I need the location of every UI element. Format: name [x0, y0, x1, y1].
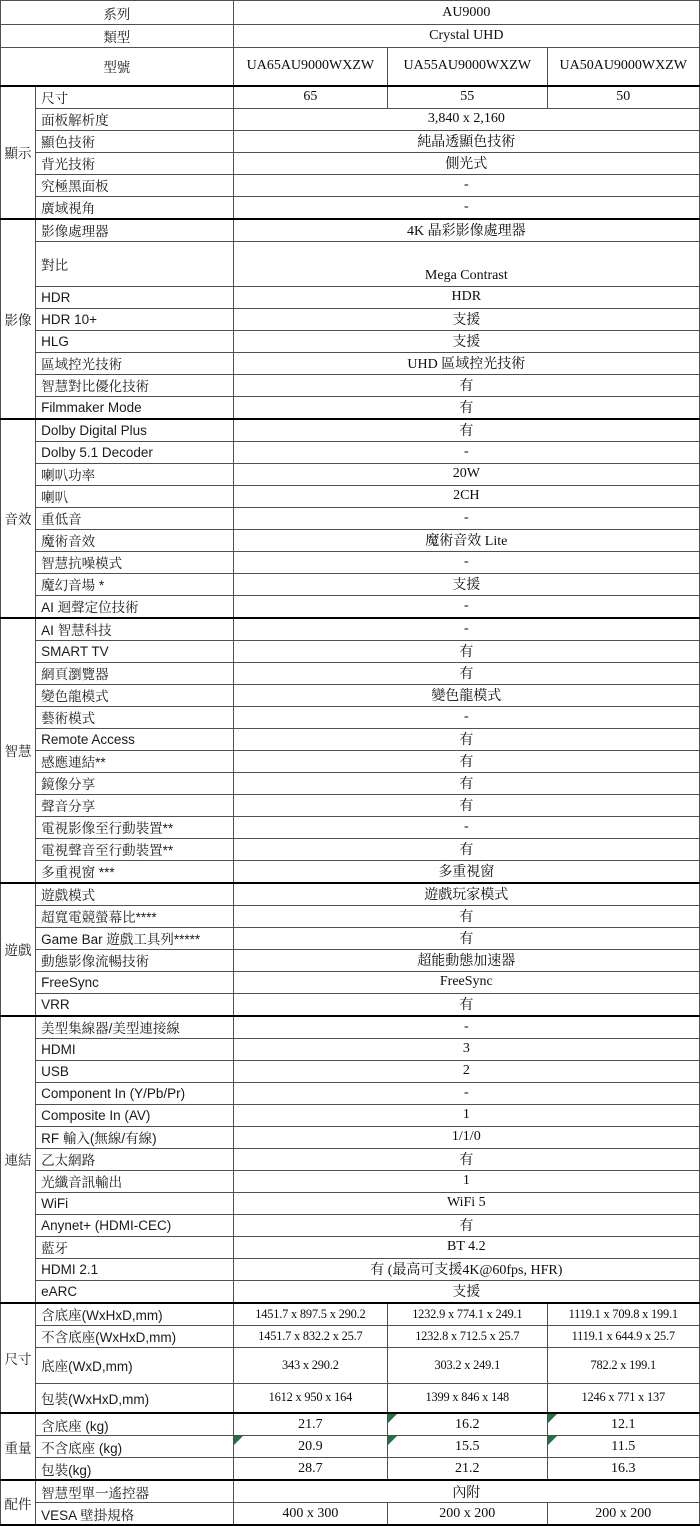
spec-value-text: 有 [459, 799, 473, 814]
spec-value: 有 [233, 794, 699, 816]
row-label: 含底座(WxHxD,mm) [36, 1303, 234, 1326]
spec-value-text: 1246 x 771 x 137 [581, 1390, 665, 1404]
spec-value: 有 [233, 993, 699, 1016]
spec-row: 型號UA65AU9000WXZWUA55AU9000WXZWUA50AU9000… [1, 48, 700, 86]
row-label: 顯色技術 [36, 130, 234, 152]
spec-value: 2 [233, 1060, 699, 1082]
comment-flag-icon [548, 1436, 557, 1445]
spec-value: 3 [233, 1038, 699, 1060]
spec-value: - [233, 551, 699, 573]
spec-row: 智慧抗噪模式- [1, 551, 700, 573]
spec-value-text: 20.9 [298, 1439, 323, 1454]
row-label: 多重視窗 *** [36, 860, 234, 883]
spec-value-text: 1399 x 846 x 148 [426, 1390, 510, 1404]
section-label: 音效 [1, 419, 36, 618]
row-label: 超寬電競螢幕比**** [36, 905, 234, 927]
spec-row: 面板解析度3,840 x 2,160 [1, 108, 700, 130]
spec-row: 喇叭功率20W [1, 463, 700, 485]
spec-value-text: 支援 [452, 335, 480, 350]
section-label: 遊戲 [1, 883, 36, 1016]
spec-row: HDMI 2.1有 (最高可支援4K@60fps, HFR) [1, 1258, 700, 1280]
spec-value-text: 有 [459, 733, 473, 748]
spec-value-text: 3,840 x 2,160 [428, 111, 505, 126]
spec-value-text: 28.7 [298, 1461, 323, 1476]
spec-value: UA50AU9000WXZW [547, 48, 699, 86]
row-label: Filmmaker Mode [36, 396, 234, 419]
spec-value: 303.2 x 249.1 [388, 1347, 547, 1383]
row-label: 美型集線器/美型連接線 [36, 1016, 234, 1039]
section-label: 重量 [1, 1413, 36, 1480]
spec-value-text: 超能動態加速器 [417, 954, 515, 969]
spec-value-text: 15.5 [455, 1439, 480, 1454]
comment-flag-icon [548, 1414, 557, 1423]
spec-value: 有 [233, 419, 699, 442]
spec-sheet: 系列AU9000類型Crystal UHD型號UA65AU9000WXZWUA5… [0, 0, 700, 1526]
row-label: 究極黑面板 [36, 174, 234, 196]
spec-value-text: 有 [459, 998, 473, 1013]
spec-value: 有 [233, 905, 699, 927]
spec-row: Remote Access有 [1, 728, 700, 750]
section-label: 連結 [1, 1016, 36, 1303]
spec-row: 不含底座(WxHxD,mm)1451.7 x 832.2 x 25.71232.… [1, 1325, 700, 1347]
spec-row: eARC支援 [1, 1280, 700, 1303]
spec-value-text: 有 [459, 755, 473, 770]
spec-value: WiFi 5 [233, 1192, 699, 1214]
row-label: RF 輸入(無線/有線) [36, 1126, 234, 1148]
spec-row: 多重視窗 ***多重視窗 [1, 860, 700, 883]
spec-value-text: UA50AU9000WXZW [559, 58, 687, 73]
spec-value-text: 50 [616, 89, 630, 104]
spec-row: 鏡像分享有 [1, 772, 700, 794]
spec-row: 感應連結**有 [1, 750, 700, 772]
row-label: HDR 10+ [36, 308, 234, 330]
spec-value-text: - [464, 1085, 469, 1100]
row-label: 遊戲模式 [36, 883, 234, 906]
spec-row: WiFiWiFi 5 [1, 1192, 700, 1214]
spec-value-text: 有 [459, 424, 473, 439]
spec-value: 21.7 [233, 1413, 387, 1436]
spec-row: 電視影像至行動裝置**- [1, 816, 700, 838]
row-label: 包裝(WxHxD,mm) [36, 1383, 234, 1413]
row-label: 魔術音效 [36, 529, 234, 551]
spec-value-text: UA55AU9000WXZW [404, 58, 532, 73]
spec-value: 1 [233, 1170, 699, 1192]
spec-value-text: 11.5 [611, 1439, 635, 1454]
spec-row: 魔術音效魔術音效 Lite [1, 529, 700, 551]
spec-value: 343 x 290.2 [233, 1347, 387, 1383]
spec-row: HLG支援 [1, 330, 700, 352]
spec-value: - [233, 1016, 699, 1039]
spec-value: - [233, 595, 699, 618]
row-label: 重低音 [36, 507, 234, 529]
spec-value: AU9000 [233, 1, 699, 25]
spec-value-text: Mega Contrast [425, 268, 508, 283]
spec-value-text: - [464, 819, 469, 834]
spec-row: 區域控光技術UHD 區域控光技術 [1, 352, 700, 374]
row-label: 喇叭功率 [36, 463, 234, 485]
spec-row: Composite In (AV)1 [1, 1104, 700, 1126]
spec-value: 多重視窗 [233, 860, 699, 883]
spec-value: 782.2 x 199.1 [547, 1347, 699, 1383]
spec-value: - [233, 196, 699, 219]
spec-row: Anynet+ (HDMI-CEC)有 [1, 1214, 700, 1236]
spec-row: 連結美型集線器/美型連接線- [1, 1016, 700, 1039]
spec-row: VESA 壁掛規格400 x 300200 x 200200 x 200 [1, 1503, 700, 1526]
row-label: 網頁瀏覽器 [36, 662, 234, 684]
spec-value: 超能動態加速器 [233, 949, 699, 971]
row-label: 乙太網路 [36, 1148, 234, 1170]
spec-value-text: 4K 晶彩影像處理器 [407, 224, 526, 239]
row-label: 鏡像分享 [36, 772, 234, 794]
spec-row: HDMI3 [1, 1038, 700, 1060]
spec-row: 變色龍模式變色龍模式 [1, 684, 700, 706]
spec-value-text: 有 [459, 843, 473, 858]
spec-value: - [233, 441, 699, 463]
row-label: 聲音分享 [36, 794, 234, 816]
row-label: Component In (Y/Pb/Pr) [36, 1082, 234, 1104]
spec-row: SMART TV有 [1, 640, 700, 662]
spec-value: 支援 [233, 330, 699, 352]
spec-value: 有 [233, 374, 699, 396]
spec-value-text: 有 [459, 777, 473, 792]
spec-row: VRR有 [1, 993, 700, 1016]
spec-value: - [233, 618, 699, 641]
spec-row: 光纖音訊輸出1 [1, 1170, 700, 1192]
row-label: 藝術模式 [36, 706, 234, 728]
spec-value: - [233, 706, 699, 728]
spec-value-text: - [464, 709, 469, 724]
row-label: 包裝(kg) [36, 1458, 234, 1481]
row-label: 背光技術 [36, 152, 234, 174]
spec-value-text: 變色龍模式 [431, 689, 501, 704]
spec-value: 28.7 [233, 1458, 387, 1481]
spec-value: 變色龍模式 [233, 684, 699, 706]
spec-value-text: 1 [463, 1173, 470, 1188]
spec-value-text: 2 [463, 1063, 470, 1078]
row-label: 光纖音訊輸出 [36, 1170, 234, 1192]
spec-row: 魔幻音場 *支援 [1, 573, 700, 595]
spec-value-text: - [464, 177, 469, 192]
spec-value-text: - [464, 598, 469, 613]
spec-value-text: 65 [303, 89, 317, 104]
spec-row: 動態影像流暢技術超能動態加速器 [1, 949, 700, 971]
spec-value: 1232.9 x 774.1 x 249.1 [388, 1303, 547, 1326]
row-label: USB [36, 1060, 234, 1082]
row-label: HDR [36, 286, 234, 308]
spec-value-text: 有 [459, 667, 473, 682]
row-label: 魔幻音場 * [36, 573, 234, 595]
row-label: 系列 [1, 1, 234, 25]
spec-value-text: 16.3 [611, 1461, 636, 1476]
spec-row: 對比Mega Contrast [1, 241, 700, 286]
spec-value-text: UHD 區域控光技術 [407, 357, 525, 372]
spec-value-text: 200 x 200 [595, 1506, 651, 1521]
spec-value: 1612 x 950 x 164 [233, 1383, 387, 1413]
spec-value: FreeSync [233, 971, 699, 993]
spec-value-text: 支援 [452, 578, 480, 593]
row-label: VRR [36, 993, 234, 1016]
spec-value: 遊戲玩家模式 [233, 883, 699, 906]
spec-value: 16.2 [388, 1413, 547, 1436]
spec-value: - [233, 507, 699, 529]
spec-value: 有 [233, 838, 699, 860]
section-label: 顯示 [1, 86, 36, 219]
spec-row: 喇叭2CH [1, 485, 700, 507]
spec-row: FreeSyncFreeSync [1, 971, 700, 993]
spec-value-text: 有 [459, 1219, 473, 1234]
row-label: AI 智慧科技 [36, 618, 234, 641]
spec-value-text: 1451.7 x 832.2 x 25.7 [258, 1329, 362, 1343]
row-label: 智慧對比優化技術 [36, 374, 234, 396]
spec-value: 3,840 x 2,160 [233, 108, 699, 130]
spec-row: Game Bar 遊戲工具列*****有 [1, 927, 700, 949]
spec-row: 藝術模式- [1, 706, 700, 728]
spec-value-text: UA65AU9000WXZW [247, 58, 375, 73]
spec-value: 純晶透顯色技術 [233, 130, 699, 152]
spec-row: 智慧AI 智慧科技- [1, 618, 700, 641]
spec-row: 底座(WxD,mm)343 x 290.2303.2 x 249.1782.2 … [1, 1347, 700, 1383]
spec-value: 有 [233, 927, 699, 949]
spec-value: 1119.1 x 644.9 x 25.7 [547, 1325, 699, 1347]
spec-value: 2CH [233, 485, 699, 507]
spec-row: 影像影像處理器4K 晶彩影像處理器 [1, 219, 700, 242]
spec-value-text: 16.2 [455, 1417, 480, 1432]
spec-value-text: 2CH [453, 488, 479, 503]
spec-value-text: FreeSync [440, 974, 493, 989]
spec-row: Dolby 5.1 Decoder- [1, 441, 700, 463]
spec-value-text: - [464, 1019, 469, 1034]
spec-value: 有 [233, 640, 699, 662]
spec-value: - [233, 174, 699, 196]
spec-row: 顯色技術純晶透顯色技術 [1, 130, 700, 152]
spec-value: 1 [233, 1104, 699, 1126]
spec-row: 聲音分享有 [1, 794, 700, 816]
spec-row: 包裝(WxHxD,mm)1612 x 950 x 1641399 x 846 x… [1, 1383, 700, 1413]
row-label: 感應連結** [36, 750, 234, 772]
row-label: 區域控光技術 [36, 352, 234, 374]
row-label: Remote Access [36, 728, 234, 750]
spec-value: 魔術音效 Lite [233, 529, 699, 551]
spec-row: HDR 10+支援 [1, 308, 700, 330]
spec-value: 內附 [233, 1480, 699, 1503]
spec-value: 400 x 300 [233, 1503, 387, 1526]
spec-row: 不含底座 (kg)20.915.511.5 [1, 1436, 700, 1458]
spec-value: 1399 x 846 x 148 [388, 1383, 547, 1413]
spec-value-text: 有 [459, 932, 473, 947]
spec-value: 12.1 [547, 1413, 699, 1436]
row-label: HLG [36, 330, 234, 352]
row-label: Anynet+ (HDMI-CEC) [36, 1214, 234, 1236]
spec-value-text: 支援 [452, 313, 480, 328]
spec-row: 智慧對比優化技術有 [1, 374, 700, 396]
spec-value-text: 有 [459, 401, 473, 416]
spec-row: 重量含底座 (kg)21.716.212.1 [1, 1413, 700, 1436]
spec-value-text: 200 x 200 [439, 1506, 495, 1521]
spec-value-text: 有 [459, 910, 473, 925]
spec-value: UA65AU9000WXZW [233, 48, 387, 86]
spec-value-text: AU9000 [442, 5, 490, 20]
row-label: 藍牙 [36, 1236, 234, 1258]
spec-value: UHD 區域控光技術 [233, 352, 699, 374]
spec-row: AI 迴聲定位技術- [1, 595, 700, 618]
spec-value: Mega Contrast [233, 241, 699, 286]
row-label: 動態影像流暢技術 [36, 949, 234, 971]
spec-value: 有 [233, 396, 699, 419]
spec-value: 15.5 [388, 1436, 547, 1458]
spec-value: HDR [233, 286, 699, 308]
spec-row: 包裝(kg)28.721.216.3 [1, 1458, 700, 1481]
spec-value-text: 3 [463, 1041, 470, 1056]
row-label: 影像處理器 [36, 219, 234, 242]
row-label: 型號 [1, 48, 234, 86]
row-label: Game Bar 遊戲工具列***** [36, 927, 234, 949]
spec-row: 顯示尺寸655550 [1, 86, 700, 109]
spec-value: 有 [233, 1148, 699, 1170]
spec-value: 1246 x 771 x 137 [547, 1383, 699, 1413]
spec-row: Component In (Y/Pb/Pr)- [1, 1082, 700, 1104]
spec-value-text: 有 [459, 645, 473, 660]
spec-value: 200 x 200 [547, 1503, 699, 1526]
spec-value-text: 1612 x 950 x 164 [269, 1390, 353, 1404]
spec-row: 藍牙BT 4.2 [1, 1236, 700, 1258]
spec-value-text: 303.2 x 249.1 [435, 1358, 501, 1372]
spec-value-text: 21.7 [298, 1417, 323, 1432]
spec-row: 乙太網路有 [1, 1148, 700, 1170]
spec-value-text: 782.2 x 199.1 [590, 1358, 656, 1372]
spec-value-text: 343 x 290.2 [282, 1358, 339, 1372]
spec-value: 21.2 [388, 1458, 547, 1481]
spec-value-text: 支援 [452, 1285, 480, 1300]
spec-value: 有 [233, 1214, 699, 1236]
spec-row: 重低音- [1, 507, 700, 529]
row-label: FreeSync [36, 971, 234, 993]
spec-row: 電視聲音至行動裝置**有 [1, 838, 700, 860]
spec-value: 有 [233, 662, 699, 684]
row-label: 面板解析度 [36, 108, 234, 130]
spec-value-text: 有 (最高可支援4K@60fps, HFR) [370, 1263, 562, 1278]
spec-value-text: 55 [460, 89, 474, 104]
spec-value-text: 1451.7 x 897.5 x 290.2 [255, 1307, 365, 1321]
spec-value-text: 1119.1 x 644.9 x 25.7 [572, 1329, 675, 1343]
spec-value-text: 1232.9 x 774.1 x 249.1 [412, 1307, 522, 1321]
spec-value-text: 12.1 [611, 1417, 636, 1432]
spec-row: 系列AU9000 [1, 1, 700, 25]
spec-value-text: 1119.1 x 709.8 x 199.1 [569, 1307, 678, 1321]
row-label: AI 迴聲定位技術 [36, 595, 234, 618]
spec-value-text: 遊戲玩家模式 [424, 888, 508, 903]
spec-value: 1451.7 x 897.5 x 290.2 [233, 1303, 387, 1326]
spec-value: Crystal UHD [233, 25, 699, 48]
spec-value: 支援 [233, 308, 699, 330]
spec-value: UA55AU9000WXZW [388, 48, 547, 86]
row-label: 含底座 (kg) [36, 1413, 234, 1436]
spec-value: 200 x 200 [388, 1503, 547, 1526]
spec-value: 16.3 [547, 1458, 699, 1481]
spec-row: 配件智慧型單一遙控器內附 [1, 1480, 700, 1503]
spec-value: - [233, 816, 699, 838]
row-label: 不含底座 (kg) [36, 1436, 234, 1458]
spec-value-text: Crystal UHD [429, 28, 503, 43]
spec-value-text: 400 x 300 [282, 1506, 338, 1521]
spec-value-text: - [464, 554, 469, 569]
spec-row: 廣域視角- [1, 196, 700, 219]
row-label: eARC [36, 1280, 234, 1303]
spec-value: 支援 [233, 573, 699, 595]
spec-value-text: - [464, 510, 469, 525]
spec-value-text: 1232.8 x 712.5 x 25.7 [415, 1329, 519, 1343]
spec-value-text: 純晶透顯色技術 [417, 135, 515, 150]
section-label: 配件 [1, 1480, 36, 1525]
section-label: 智慧 [1, 618, 36, 883]
spec-value: 50 [547, 86, 699, 109]
row-label: Dolby 5.1 Decoder [36, 441, 234, 463]
row-label: 底座(WxD,mm) [36, 1347, 234, 1383]
section-label: 尺寸 [1, 1303, 36, 1414]
spec-row: 類型Crystal UHD [1, 25, 700, 48]
comment-flag-icon [234, 1436, 243, 1445]
row-label: 喇叭 [36, 485, 234, 507]
spec-value: 1451.7 x 832.2 x 25.7 [233, 1325, 387, 1347]
spec-value: 有 [233, 728, 699, 750]
spec-value-text: 1/1/0 [452, 1129, 481, 1144]
spec-row: Filmmaker Mode有 [1, 396, 700, 419]
spec-value: 有 (最高可支援4K@60fps, HFR) [233, 1258, 699, 1280]
spec-value-text: 有 [459, 1153, 473, 1168]
row-label: 廣域視角 [36, 196, 234, 219]
row-label: VESA 壁掛規格 [36, 1503, 234, 1526]
spec-value-text: BT 4.2 [447, 1239, 486, 1254]
spec-row: 超寬電競螢幕比****有 [1, 905, 700, 927]
spec-value-text: - [464, 621, 469, 636]
spec-value-text: - [464, 444, 469, 459]
spec-value-text: HDR [452, 289, 482, 304]
spec-value-text: 多重視窗 [438, 865, 494, 880]
comment-flag-icon [388, 1414, 397, 1423]
row-label: 不含底座(WxHxD,mm) [36, 1325, 234, 1347]
row-label: 智慧抗噪模式 [36, 551, 234, 573]
spec-value: 11.5 [547, 1436, 699, 1458]
row-label: 類型 [1, 25, 234, 48]
spec-value-text: WiFi 5 [447, 1195, 486, 1210]
spec-value: 支援 [233, 1280, 699, 1303]
row-label: 變色龍模式 [36, 684, 234, 706]
spec-value: 4K 晶彩影像處理器 [233, 219, 699, 242]
spec-row: HDRHDR [1, 286, 700, 308]
spec-value-text: 21.2 [455, 1461, 480, 1476]
spec-value: - [233, 1082, 699, 1104]
row-label: 尺寸 [36, 86, 234, 109]
spec-value: 1/1/0 [233, 1126, 699, 1148]
spec-row: 究極黑面板- [1, 174, 700, 196]
row-label: HDMI 2.1 [36, 1258, 234, 1280]
spec-value: 有 [233, 750, 699, 772]
row-label: 對比 [36, 241, 234, 286]
spec-row: 背光技術側光式 [1, 152, 700, 174]
spec-value: 1232.8 x 712.5 x 25.7 [388, 1325, 547, 1347]
spec-value-text: 有 [459, 379, 473, 394]
spec-value: 20.9 [233, 1436, 387, 1458]
row-label: WiFi [36, 1192, 234, 1214]
spec-value-text: 1 [463, 1107, 470, 1122]
row-label: SMART TV [36, 640, 234, 662]
spec-value-text: - [464, 199, 469, 214]
row-label: 智慧型單一遙控器 [36, 1480, 234, 1503]
section-label: 影像 [1, 219, 36, 419]
spec-value-text: 側光式 [445, 157, 487, 172]
spec-table: 系列AU9000類型Crystal UHD型號UA65AU9000WXZWUA5… [0, 0, 700, 1526]
spec-value: BT 4.2 [233, 1236, 699, 1258]
spec-row: 音效Dolby Digital Plus有 [1, 419, 700, 442]
